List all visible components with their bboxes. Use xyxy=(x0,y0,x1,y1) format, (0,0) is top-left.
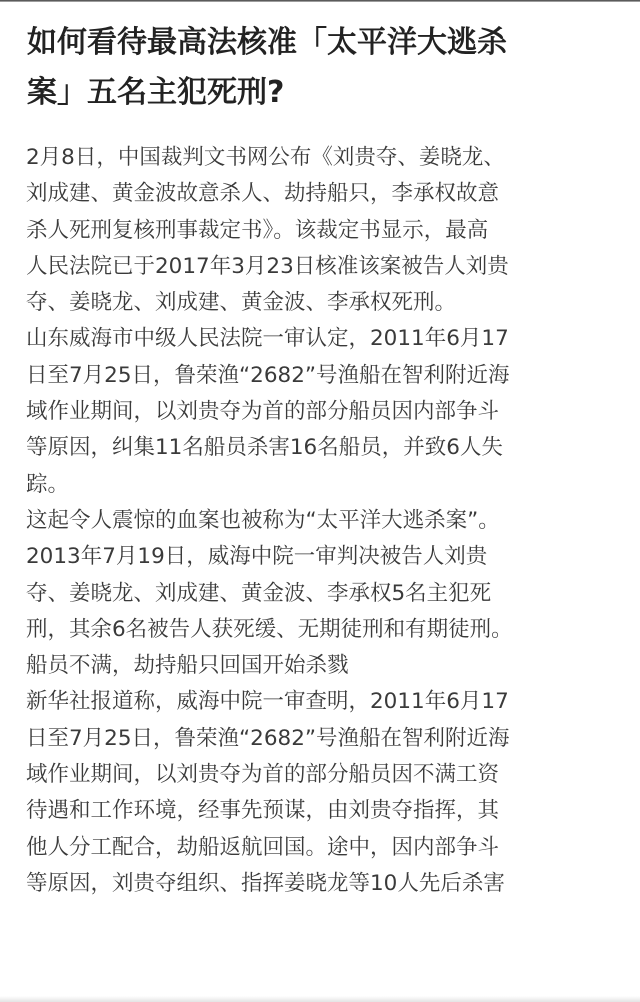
paragraph-case-name: 这起令人震惊的血案也被称为“太平洋大逃杀案”。 2013年7月19日，威海中院一… xyxy=(26,503,626,648)
bottom-fade xyxy=(0,996,640,1002)
paragraph-xinhua-report: 新华社报道称，威海中院一审查明，2011年6月17 日至7月25日，鲁荣渔“26… xyxy=(26,684,626,902)
paragraph-first-instance: 山东威海市中级人民法院一审认定，2011年6月17 日至7月25日，鲁荣渔“26… xyxy=(26,321,626,502)
paragraph-ruling: 2月8日，中国裁判文书网公布《刘贵夺、姜晓龙、 刘成建、黄金波故意杀人、劫持船只… xyxy=(26,140,626,321)
article-title: 如何看待最高法核准「太平洋大逃杀 案」五名主犯死刑? xyxy=(27,18,617,118)
section-subheading: 船员不满，劫持船只回国开始杀戮 xyxy=(26,648,626,684)
article-body: 2月8日，中国裁判文书网公布《刘贵夺、姜晓龙、 刘成建、黄金波故意杀人、劫持船只… xyxy=(26,140,626,902)
top-edge-divider xyxy=(0,0,640,2)
